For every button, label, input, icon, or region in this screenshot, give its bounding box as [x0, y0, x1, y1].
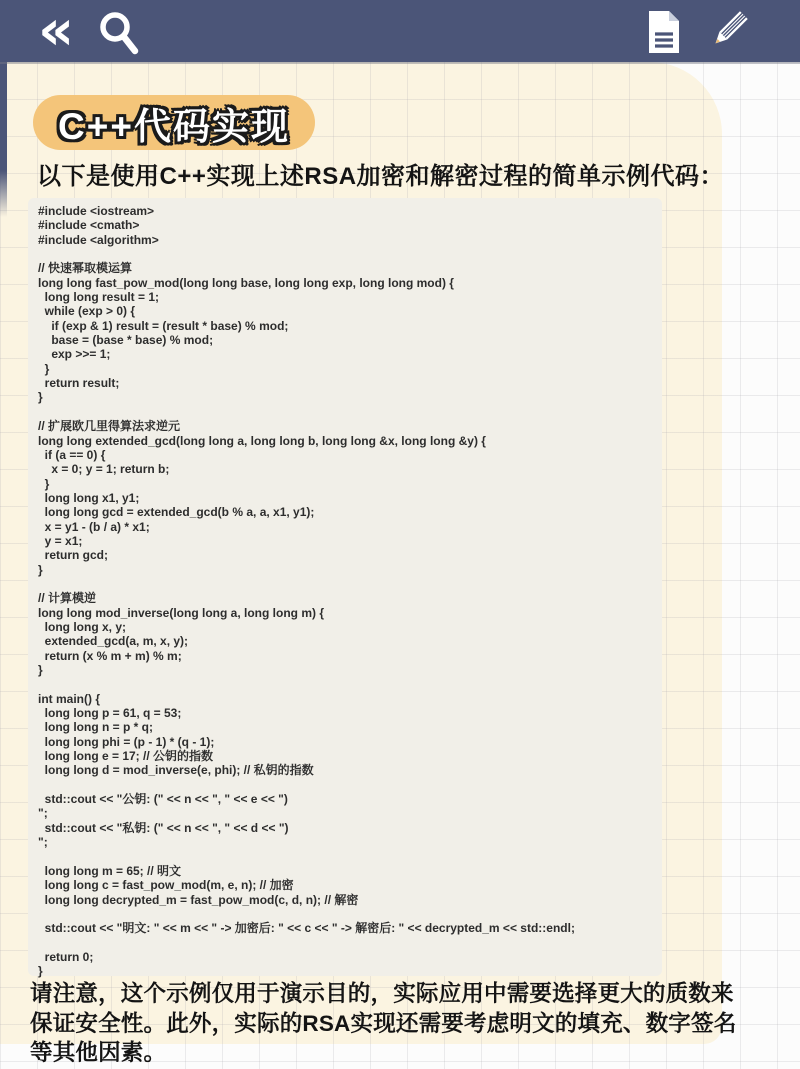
- code-line: long long extended_gcd(long long a, long…: [38, 434, 662, 448]
- code-line: [38, 405, 662, 419]
- code-line: long long x, y;: [38, 620, 662, 634]
- title-badge: C++代码实现: [33, 95, 315, 150]
- code-line: extended_gcd(a, m, x, y);: [38, 634, 662, 648]
- code-line: #include <cmath>: [38, 218, 662, 232]
- code-line: int main() {: [38, 692, 662, 706]
- pencil-icon: [706, 44, 752, 59]
- search-icon: [96, 45, 142, 60]
- code-line: long long decrypted_m = fast_pow_mod(c, …: [38, 893, 662, 907]
- code-line: std::cout << "明文: " << m << " -> 加密后: " …: [38, 921, 662, 935]
- code-line: base = (base * base) % mod;: [38, 333, 662, 347]
- code-line: if (a == 0) {: [38, 448, 662, 462]
- code-line: // 计算模逆: [38, 591, 662, 605]
- code-line: return (x % m + m) % m;: [38, 649, 662, 663]
- code-line: #include <algorithm>: [38, 233, 662, 247]
- code-line: std::cout << "公钥: (" << n << ", " << e <…: [38, 792, 662, 806]
- intro-text: 以下是使用C++实现上述RSA加密和解密过程的简单示例代码：: [37, 156, 717, 191]
- code-line: [38, 677, 662, 691]
- code-line: x = y1 - (b / a) * x1;: [38, 520, 662, 534]
- code-line: [38, 577, 662, 591]
- code-line: y = x1;: [38, 534, 662, 548]
- code-line: if (exp & 1) result = (result * base) % …: [38, 319, 662, 333]
- app-screen: «: [0, 0, 800, 1069]
- code-line: [38, 247, 662, 261]
- code-line: // 扩展欧几里得算法求逆元: [38, 419, 662, 433]
- left-edge-strip: [0, 62, 7, 217]
- code-line: long long x1, y1;: [38, 491, 662, 505]
- code-line: return 0;: [38, 950, 662, 964]
- code-line: std::cout << "私钥: (" << n << ", " << d <…: [38, 821, 662, 835]
- code-line: ";: [38, 835, 662, 849]
- code-line: long long m = 65; // 明文: [38, 864, 662, 878]
- code-line: ";: [38, 806, 662, 820]
- code-line: [38, 936, 662, 950]
- document-button[interactable]: [646, 8, 682, 56]
- code-line: // 快速幂取模运算: [38, 261, 662, 275]
- code-line: long long e = 17; // 公钥的指数: [38, 749, 662, 763]
- code-line: long long gcd = extended_gcd(b % a, a, x…: [38, 505, 662, 519]
- code-line: long long d = mod_inverse(e, phi); // 私钥…: [38, 763, 662, 777]
- search-button[interactable]: [96, 9, 142, 57]
- code-line: }: [38, 477, 662, 491]
- footer-note-text: 请注意，这个示例仅用于演示目的，实际应用中需要选择更大的质数来保证安全性。此外，…: [30, 979, 754, 1068]
- code-line: #include <iostream>: [38, 204, 662, 218]
- code-line: long long mod_inverse(long long a, long …: [38, 606, 662, 620]
- code-panel: #include <iostream>#include <cmath>#incl…: [28, 198, 662, 976]
- page-title: C++代码实现: [58, 96, 290, 150]
- code-line: }: [38, 964, 662, 978]
- code-line: }: [38, 362, 662, 376]
- code-line: long long p = 61, q = 53;: [38, 706, 662, 720]
- code-line: return gcd;: [38, 548, 662, 562]
- code-line: return result;: [38, 376, 662, 390]
- code-line: [38, 849, 662, 863]
- code-line: }: [38, 563, 662, 577]
- code-line: exp >>= 1;: [38, 347, 662, 361]
- code-line: long long c = fast_pow_mod(m, e, n); // …: [38, 878, 662, 892]
- code-line: while (exp > 0) {: [38, 304, 662, 318]
- code-line: long long phi = (p - 1) * (q - 1);: [38, 735, 662, 749]
- code-line: x = 0; y = 1; return b;: [38, 462, 662, 476]
- code-line: }: [38, 390, 662, 404]
- code-line: [38, 778, 662, 792]
- code-line: long long n = p * q;: [38, 720, 662, 734]
- top-navigation-bar: «: [0, 0, 800, 62]
- code-line: long long result = 1;: [38, 290, 662, 304]
- code-line: }: [38, 663, 662, 677]
- code-line: long long fast_pow_mod(long long base, l…: [38, 276, 662, 290]
- back-button[interactable]: «: [38, 0, 74, 62]
- document-icon: [646, 44, 682, 59]
- code-block: #include <iostream>#include <cmath>#incl…: [28, 198, 662, 979]
- code-line: [38, 907, 662, 921]
- edit-button[interactable]: [706, 8, 752, 56]
